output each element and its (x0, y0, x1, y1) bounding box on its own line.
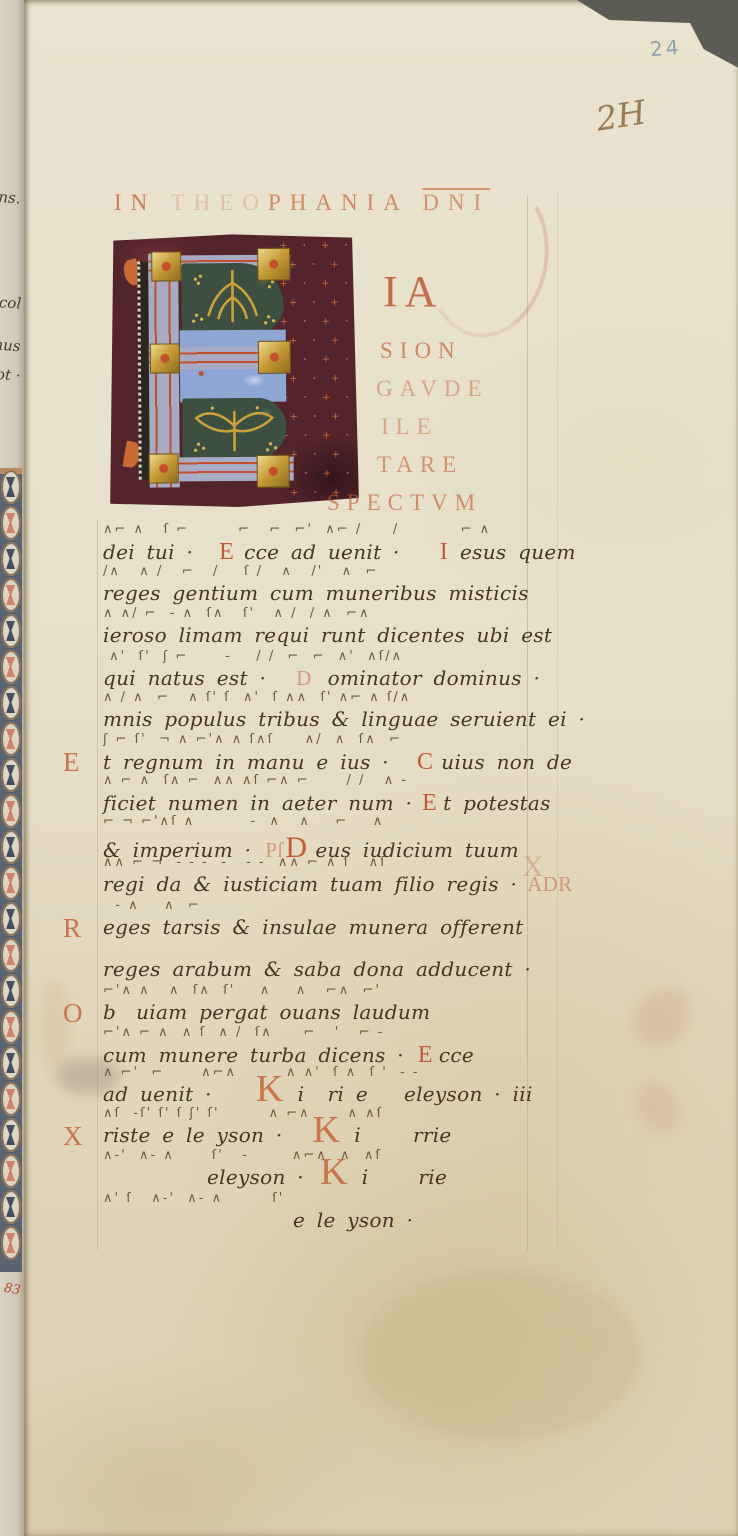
chalice-motif (6, 1233, 15, 1253)
chant-text-run: i (354, 1123, 361, 1147)
border-medallion (1, 1226, 21, 1260)
chant-line: ∧ ⌐' ⌐ ∧⌐∧ ∧ ∧' ſ ∧ ſ ' - -ad uenit ·Ki … (103, 1065, 548, 1109)
neume-row: ∧∧ ⌐ ¬ - - - - - - ∧∧ ⌐ ∧ ſ ∧ſ (103, 855, 548, 872)
chant-text-run: eleyson · iii (404, 1082, 533, 1106)
chant-text-run: i (362, 1165, 369, 1189)
ink-inscription: 2H (593, 92, 648, 138)
chalice-motif (6, 1017, 15, 1037)
border-medallion (1, 506, 21, 540)
chant-text-run: C (417, 749, 433, 775)
rubric-run: THEO (171, 190, 268, 215)
chant-line: /∧ ∧ / ⌐ / ſ / ∧ /' ∧ ⌐reges gentium cum… (103, 564, 548, 608)
chant-line: ∧ / ∧ ⌐ ∧ ſ' ſ ∧' ſ ∧∧ ſ' ∧⌐ ∧ ſ/∧mnis p… (103, 690, 548, 734)
rubric-run: PHANIA (268, 190, 422, 215)
chant-text-run: eges tarsis & insulae munera offerent (103, 915, 524, 939)
chalice-motif (6, 945, 15, 965)
neume-row: - ∧ ∧ ⌐ (103, 898, 548, 915)
chant-text-row: Et regnum in manu e ius ·Cuius non de (103, 749, 548, 776)
chant-text-run: K (256, 1068, 284, 1110)
chant-text-run: cce (439, 1043, 474, 1067)
neume-row: ∧ / ∧ ⌐ ∧ ſ' ſ ∧' ſ ∧∧ ſ' ∧⌐ ∧ ſ/∧ (103, 690, 548, 707)
chant-text-run: i ri e (298, 1082, 368, 1106)
border-medallion (1, 722, 21, 756)
chant-text-run: eleyson · (207, 1165, 304, 1189)
stain (56, 1058, 120, 1094)
chant-text-row: ad uenit ·Ki ri eeleyson · iii (103, 1082, 548, 1106)
chalice-motif (6, 729, 15, 749)
gold-boss (257, 455, 290, 488)
neume-row: ∧ ⌐ ∧ ſ∧ ⌐ ∧∧ ∧ſ ⌐∧ ⌐ / / ∧ - (103, 773, 548, 790)
chalice-motif (6, 981, 15, 1001)
chant-text-run: b (103, 1000, 116, 1024)
chant-text-row: ieroso limam requi runt dicentes ubi est (103, 623, 548, 647)
neume-row (103, 940, 548, 957)
neume-row: ∧ ∧/ ⌐ - ∧ ſ∧ ſ' ∧ / / ∧ ⌐∧ (103, 606, 548, 623)
neume-row: /∧ ∧ / ⌐ / ſ / ∧ /' ∧ ⌐ (103, 564, 548, 581)
border-medallion (1, 614, 21, 648)
rubric-run: IN (114, 190, 171, 215)
chant-line: ∧∧ ⌐ ¬ - - - - - - ∧∧ ⌐ ∧ ſ ∧ſregi da & … (103, 855, 548, 899)
folio-number: 24 (649, 35, 682, 61)
chant-text-row: regi da & iusticiam tuam filio regis ·AD… (103, 872, 548, 897)
border-medallion (1, 542, 21, 576)
chalice-motif (6, 1161, 15, 1181)
chant-line: ∧-' ∧- ∧ ſ' - ∧⌐∧ ∧ ∧ſeleyson ·Kirie (103, 1148, 548, 1192)
chant-text-run: e le yson · (293, 1208, 413, 1232)
gold-boss (151, 251, 181, 281)
display-capital: TARE (377, 452, 463, 478)
border-medallion (1, 650, 21, 684)
border-medallion (1, 1010, 21, 1044)
chant-text-run: riste e le yson · (103, 1123, 283, 1147)
border-medallion (1, 686, 21, 720)
border-medallion (1, 866, 21, 900)
chalice-motif (6, 801, 15, 821)
chant-text-run: reges arabum & saba dona adducent · (103, 957, 531, 981)
chalice-motif (6, 909, 15, 929)
stain (360, 1270, 640, 1440)
chant-text-run: esus quem (460, 540, 576, 564)
ruling-line (97, 520, 98, 1250)
chant-line: ∧⌐ ∧ ſ ⌐ ⌐ ⌐ ⌐' ∧⌐ / / ⌐ ∧dei tui ·Ecce … (103, 522, 548, 566)
neume-row: ⌐'∧ ⌐ ∧ ∧ ſ ∧ / ſ∧ ⌐ ' ⌐ - (103, 1025, 548, 1042)
chant-text-run: X (63, 1121, 83, 1152)
chant-text-run: rrie (413, 1123, 452, 1147)
chalice-motif (6, 693, 15, 713)
border-medallion (1, 974, 21, 1008)
neume-row: ⌐ ¬ ⌐'∧ſ ∧ - ∧ ∧ ⌐ ∧ (103, 814, 548, 831)
chant-text-run: K (313, 1109, 341, 1151)
border-medallion (1, 758, 21, 792)
chalice-motif (6, 1089, 15, 1109)
facing-page-text-fragment: gnus (0, 335, 22, 356)
chant-text-row: eleyson ·Kirie (103, 1165, 548, 1189)
border-medallion (1, 1046, 21, 1080)
chalice-motif (6, 1053, 15, 1073)
chant-text-row: dei tui ·Ecce ad uenit ·Iesus quem (103, 539, 548, 566)
chalice-motif (6, 765, 15, 785)
chant-text-run: cum munere turba dicens · (103, 1043, 404, 1067)
chalice-motif (6, 621, 15, 641)
chant-text-row: reges gentium cum muneribus misticis (103, 581, 548, 605)
neume-row: ∧⌐ ∧ ſ ⌐ ⌐ ⌐ ⌐' ∧⌐ / / ⌐ ∧ (103, 522, 548, 539)
border-medallion (1, 1118, 21, 1152)
chant-line: ∧ ⌐ ∧ ſ∧ ⌐ ∧∧ ∧ſ ⌐∧ ⌐ / / ∧ -ficiet nume… (103, 773, 548, 817)
display-capital: GAVDE (376, 376, 489, 402)
gold-boss (257, 248, 290, 281)
chant-text-row: Reges tarsis & insulae munera offerent (103, 915, 548, 939)
border-medallion (1, 794, 21, 828)
bottom-counter-panel (182, 398, 286, 461)
chalice-motif (6, 513, 15, 533)
display-capital: IA (383, 266, 443, 317)
chalice-motif (6, 837, 15, 857)
facing-page-edge: dens.colgnusot ·83 (0, 0, 24, 1536)
border-medallion (1, 1082, 21, 1116)
stain (40, 980, 70, 1070)
chant-text-run: ad uenit · (103, 1082, 212, 1106)
chant-text-run: D (296, 666, 311, 690)
border-medallion (1, 830, 21, 864)
display-capital: SION (380, 338, 462, 364)
chant-text-run: rie (418, 1165, 447, 1189)
border-medallion (1, 1154, 21, 1188)
display-capital: ILE (381, 414, 438, 440)
gold-boss (258, 341, 291, 374)
chant-text-run: E (63, 747, 80, 778)
chant-text-run: R (63, 913, 81, 944)
neume-row: ∧' ſ' ʃ ⌐ - / / ⌐ ⌐ ∧' ∧ſ/∧ (103, 649, 548, 666)
border-medallion (1, 470, 21, 504)
margin-mark: X (522, 850, 544, 884)
chant-text-run: E (422, 790, 437, 816)
neume-row: ⌐'∧ ∧ ∧ ſ∧ ſ' ∧ ∧ ⌐∧ ⌐' (103, 983, 548, 1000)
chant-line: ∧ſ -ſ' ſ' ſ ʃ' ſ' ∧ ⌐∧ ∧ ∧ſXriste e le y… (103, 1106, 548, 1150)
chant-text-run: ficiet numen in aeter num · (103, 791, 412, 815)
border-medallion (1, 1190, 21, 1224)
chalice-motif (6, 657, 15, 677)
chant-text-row: ficiet numen in aeter num ·Et potestas (103, 790, 548, 817)
chant-text-run: qui natus est · (103, 666, 266, 690)
chant-text-row: qui natus est ·Dominator dominus · (103, 666, 548, 691)
neume-row: ∧ ⌐' ⌐ ∧⌐∧ ∧ ∧' ſ ∧ ſ ' - - (103, 1065, 548, 1082)
chant-text-run: t potestas (443, 791, 551, 815)
chant-line: ⌐ ¬ ⌐'∧ſ ∧ - ∧ ∧ ⌐ ∧& imperium ·PſDeus i… (103, 814, 548, 858)
chant-text-run: reges gentium cum muneribus misticis (103, 581, 529, 605)
chalice-motif (6, 1125, 15, 1145)
chant-text-run: E (219, 539, 234, 565)
chant-text-run: cce ad uenit · (244, 540, 400, 564)
chalice-motif (6, 585, 15, 605)
chant-line: ʃ ⌐ ſ' ¬ ∧ ⌐'∧ ∧ ſ∧ſ ∧/ ∧ ſ∧ ⌐Et regnum … (103, 732, 548, 776)
chant-text-run: t regnum in manu e ius · (103, 750, 389, 774)
facing-page-text-fragment: dens. (0, 187, 22, 208)
neume-row: ∧' ſ ∧-' ∧- ∧ ſ' (103, 1191, 548, 1208)
chant-text-run: uius non de (441, 750, 572, 774)
display-capital: SPECTVM (327, 490, 482, 516)
facing-page-text-fragment: col (0, 293, 22, 313)
chant-line: reges arabum & saba dona adducent · (103, 940, 548, 984)
chant-text-row: Obuiam pergat ouans laudum (103, 1000, 548, 1024)
gold-boss (150, 343, 180, 373)
facing-page-text-fragment: 83 (3, 1281, 22, 1299)
neume-row: ʃ ⌐ ſ' ¬ ∧ ⌐'∧ ∧ ſ∧ſ ∧/ ∧ ſ∧ ⌐ (103, 732, 548, 749)
chant-text-run: K (320, 1151, 348, 1193)
border-medallion (1, 938, 21, 972)
gold-palmette-bottom (182, 398, 286, 461)
chant-text-run: dei tui · (103, 540, 193, 564)
border-medallion (1, 902, 21, 936)
chant-line: ⌐'∧ ∧ ∧ ſ∧ ſ' ∧ ∧ ⌐∧ ⌐'Obuiam pergat oua… (103, 983, 548, 1027)
chant-line: ∧ ∧/ ⌐ - ∧ ſ∧ ſ' ∧ / / ∧ ⌐∧ieroso limam … (103, 606, 548, 650)
chant-line: ∧' ſ ∧-' ∧- ∧ ſ'e le yson · (103, 1191, 548, 1235)
chalice-motif (6, 549, 15, 569)
chant-text-row: reges arabum & saba dona adducent · (103, 957, 548, 981)
chant-text-run: ieroso limam requi runt dicentes ubi est (103, 623, 552, 647)
chant-line: - ∧ ∧ ⌐Reges tarsis & insulae munera off… (103, 898, 548, 942)
chalice-motif (6, 873, 15, 893)
border-medallion (1, 578, 21, 612)
manuscript-scan: dens.colgnusot ·83 24 2H IN THEOPHANIA D… (0, 0, 738, 1536)
chalice-motif (6, 1197, 15, 1217)
chalice-motif (6, 477, 15, 497)
chant-text-row: Xriste e le yson ·Kirrie (103, 1123, 548, 1147)
chant-line: ⌐'∧ ⌐ ∧ ∧ ſ ∧ / ſ∧ ⌐ ' ⌐ -cum munere tur… (103, 1025, 548, 1069)
chant-text-run: mnis populus tribus & linguae seruient e… (103, 707, 585, 731)
gold-boss (149, 453, 179, 483)
chant-text-row: mnis populus tribus & linguae seruient e… (103, 707, 548, 731)
chant-text-row: e le yson · (103, 1208, 548, 1232)
facing-page-ornamental-border (0, 468, 22, 1272)
illuminated-initial-e: + ꞏ + ꞏ + ꞏ + + ꞏ + ꞏ + ꞏ + + ꞏ + ꞏ + ꞏ … (107, 232, 359, 508)
chant-text-run: I (440, 539, 448, 565)
chant-text-run: regi da & iusticiam tuam filio regis · (103, 872, 517, 896)
facing-page-text-fragment: ot · (0, 365, 22, 385)
chant-text-run: uiam pergat ouans laudum (136, 1000, 430, 1024)
chant-text-run: ominator dominus · (328, 666, 541, 690)
chant-line: ∧' ſ' ʃ ⌐ - / / ⌐ ⌐ ∧' ∧ſ/∧qui natus est… (103, 649, 548, 693)
